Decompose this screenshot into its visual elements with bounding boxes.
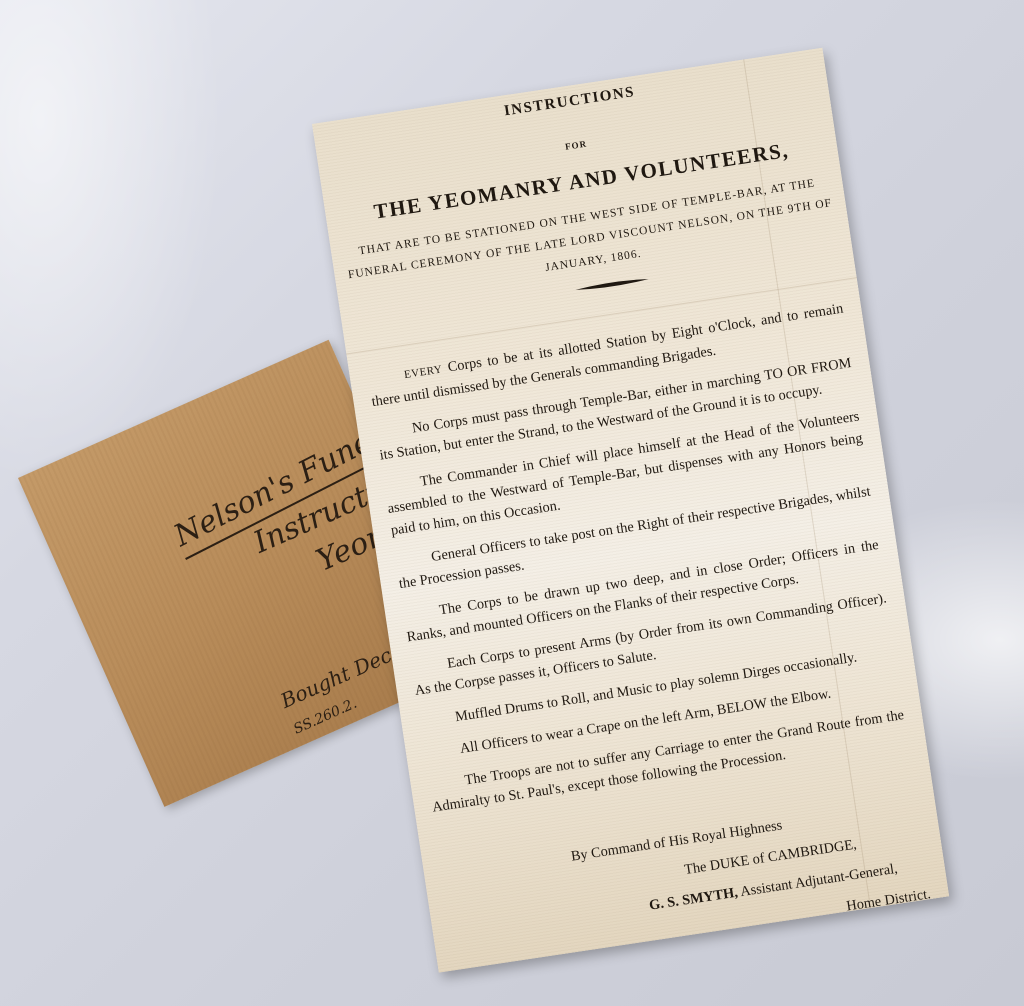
ornament-rule-icon [575, 276, 649, 293]
document-body: EVERY Corps to be at its allotted Statio… [367, 298, 910, 829]
instructions-document: INSTRUCTIONS FOR THE YEOMANRY AND VOLUNT… [312, 48, 949, 973]
signature-block: By Command of His Royal Highness The DUK… [440, 790, 932, 980]
